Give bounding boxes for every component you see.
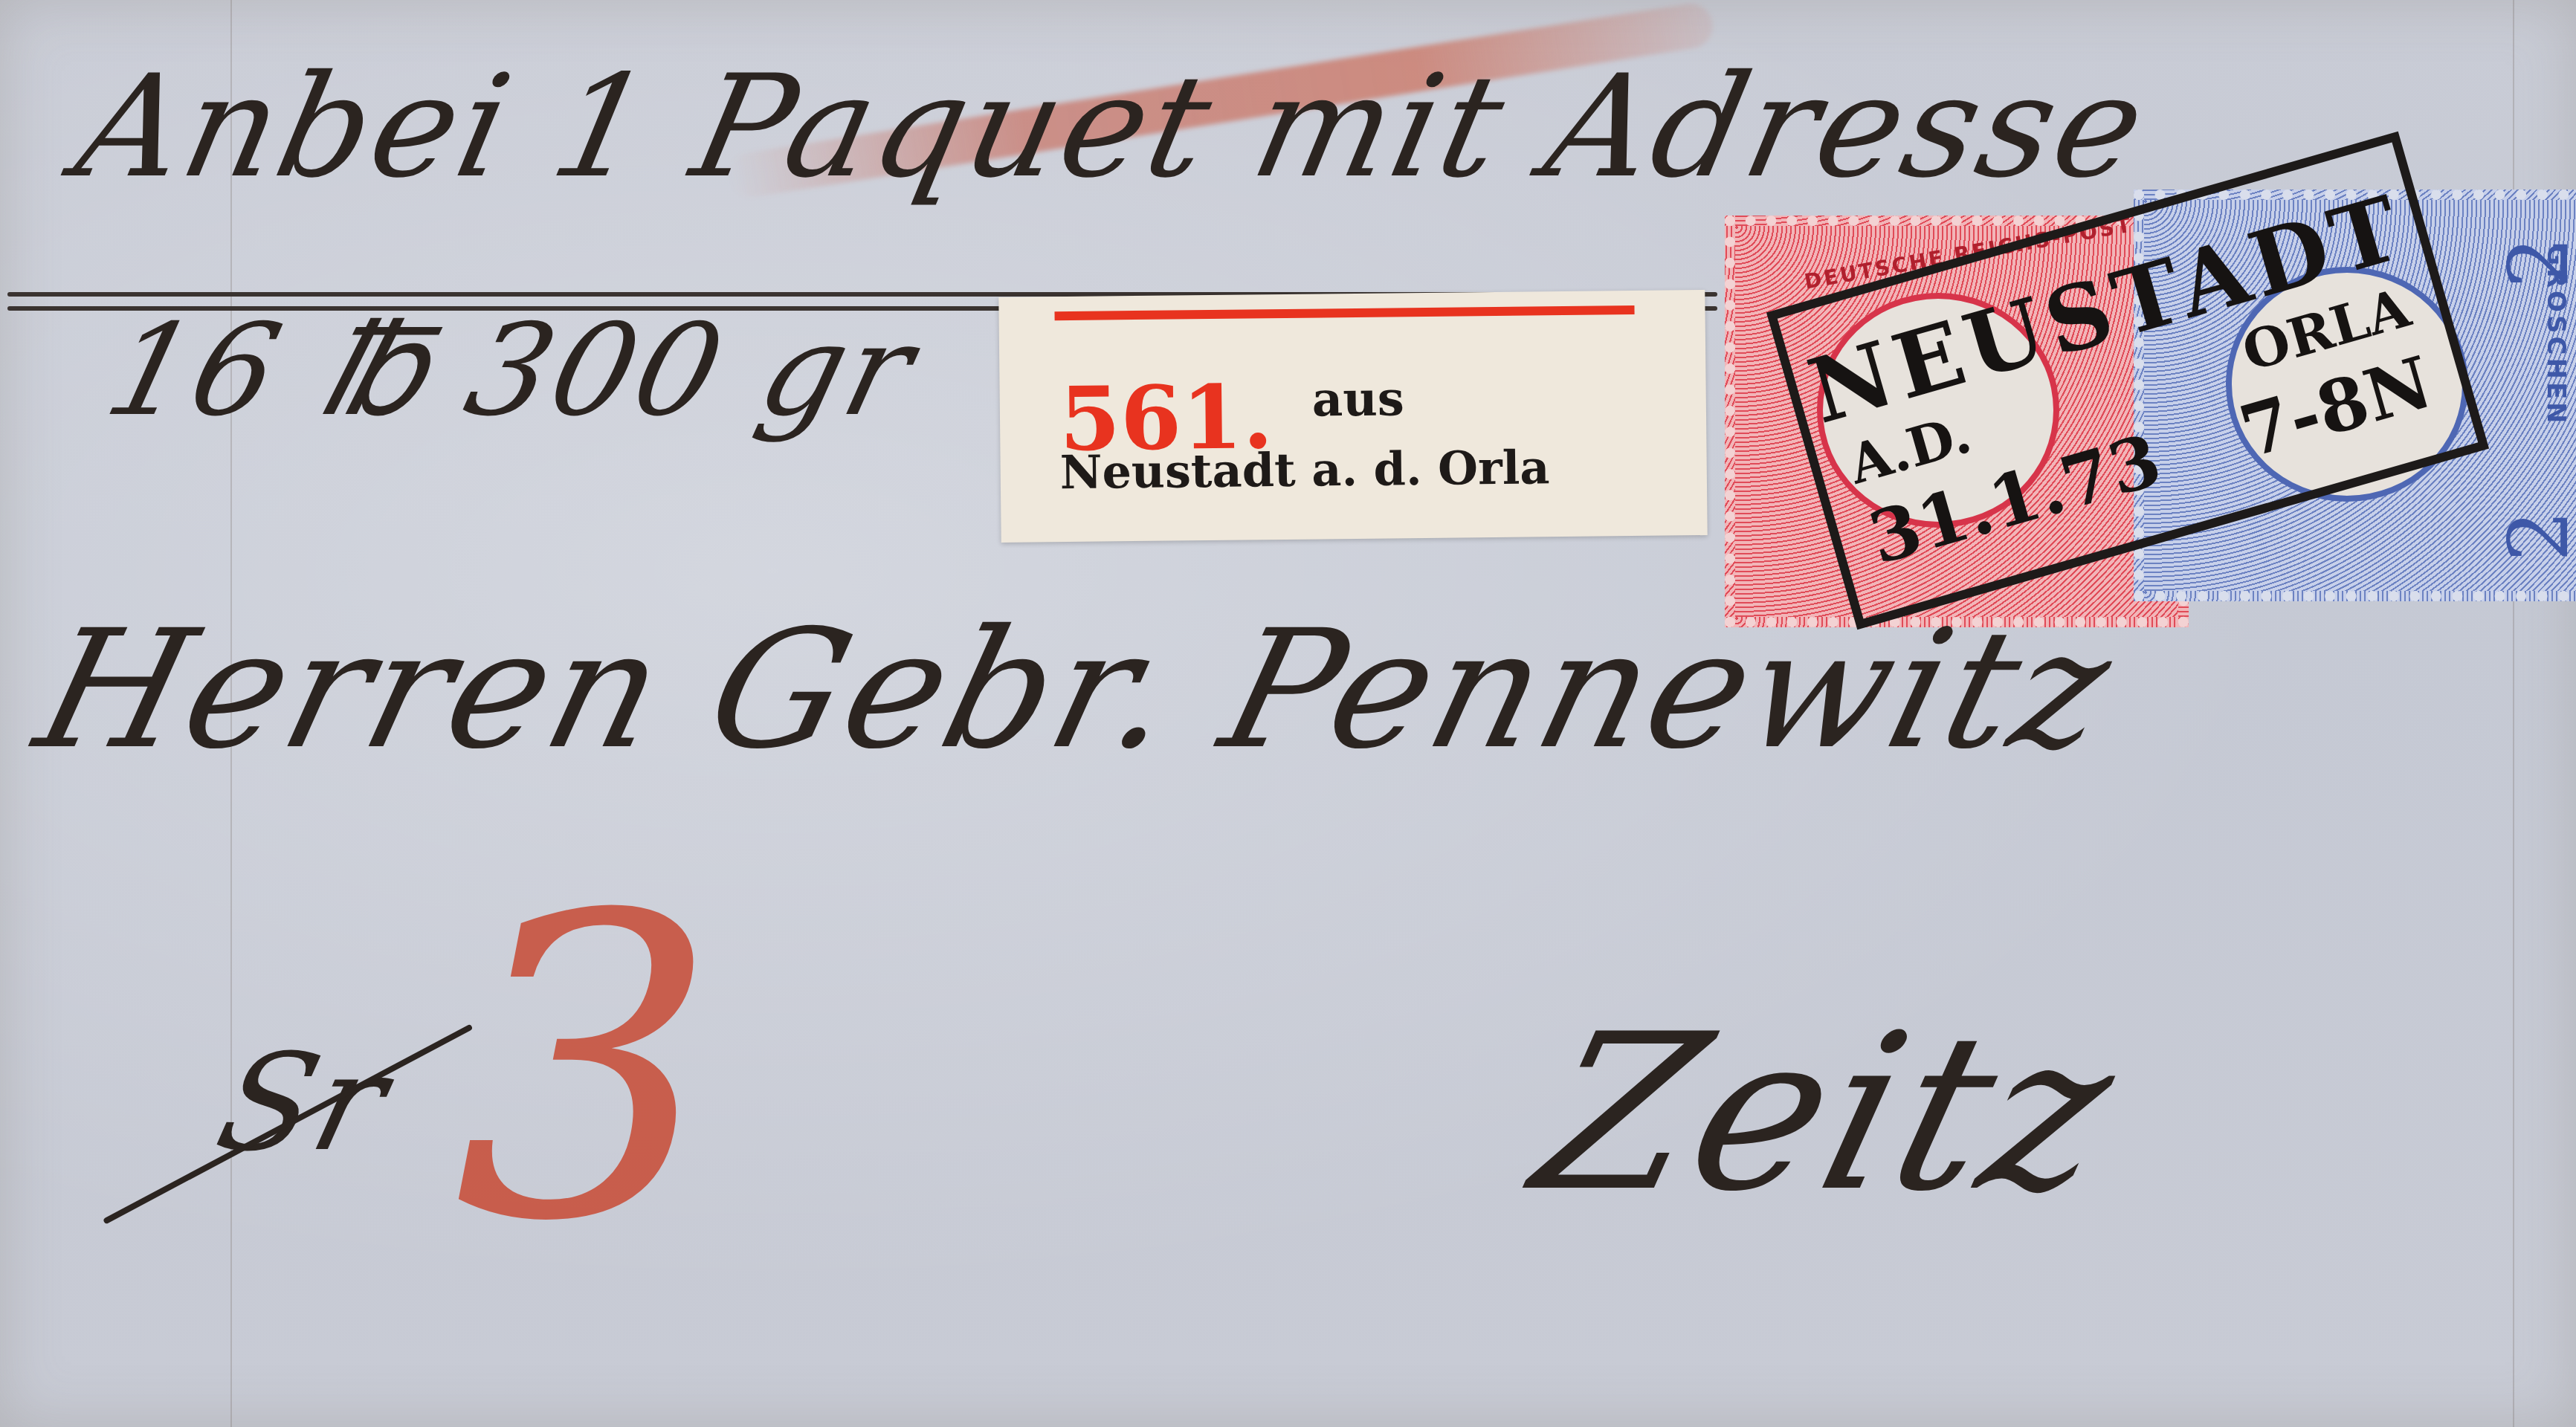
envelope: Anbei 1 Paquet mit Adresse 16 ℔ 300 gr 5… — [0, 0, 2576, 1427]
registration-label: 561. aus Neustadt a. d. Orla — [998, 290, 1707, 543]
recipient-name: Herren Gebr. Pennewitz — [21, 595, 2131, 785]
registration-red-bar — [1055, 305, 1635, 320]
stamp-value: 2 — [2491, 510, 2576, 562]
registration-from-word: aus — [1311, 371, 1404, 427]
clerk-initials: Sr — [204, 1026, 404, 1181]
stamp-denomination-text: GROSCHEN — [2541, 245, 2571, 427]
weight-note: 16 ℔ 300 gr — [93, 297, 929, 444]
registration-origin-town: Neustadt a. d. Orla — [1059, 440, 1549, 499]
recipient-city: Zeitz — [1515, 988, 2139, 1239]
handwritten-header: Anbei 1 Paquet mit Adresse — [65, 45, 2161, 209]
red-crayon-mark: 3 — [453, 862, 718, 1278]
